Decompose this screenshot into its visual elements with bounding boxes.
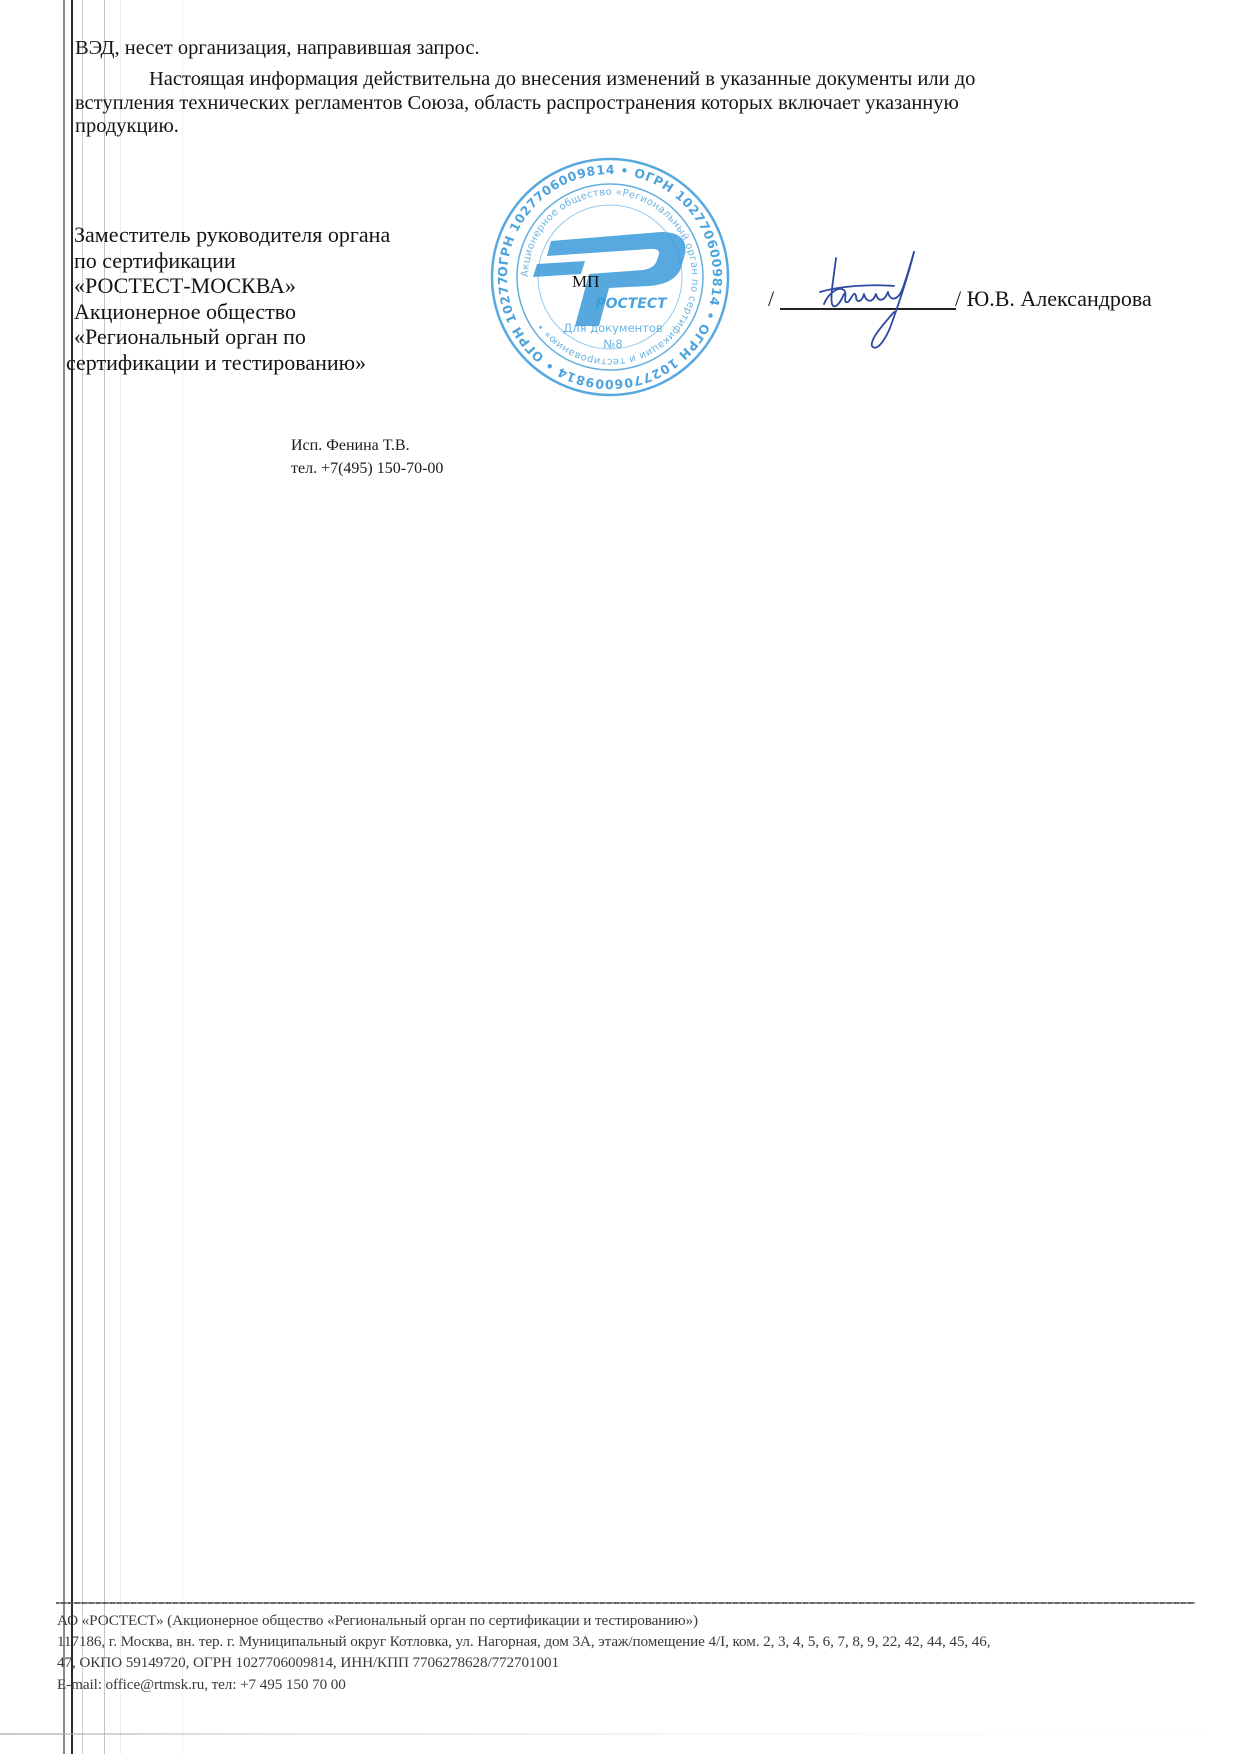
scan-line — [71, 0, 73, 1754]
stamp-brand: РОСТЕСТ — [595, 296, 668, 312]
footer-line: АО «РОСТЕСТ» (Акционерное общество «Реги… — [57, 1610, 698, 1632]
body-line: Настоящая информация действительна до вн… — [149, 67, 975, 91]
footer-line: 47, ОКПО 59149720, ОГРН 1027706009814, И… — [57, 1652, 559, 1674]
executor-phone: тел. +7(495) 150-70-00 — [291, 457, 443, 480]
company-stamp: ОГРН 1027706009814 • ОГРН 1027706009814 … — [489, 156, 731, 398]
body-line: вступления технических регламентов Союза… — [75, 91, 959, 115]
scan-shadow — [0, 1733, 1240, 1735]
signatory-line: «РОСТЕСТ-МОСКВА» — [74, 273, 296, 299]
executor-name: Исп. Фенина Т.В. — [291, 434, 410, 457]
scan-line — [63, 0, 65, 1754]
stamp-number: №8 — [603, 337, 622, 351]
signatory-line: Акционерное общество — [74, 299, 296, 325]
footer-line: 117186, г. Москва, вн. тер. г. Муниципал… — [57, 1631, 990, 1653]
stamp-purpose: Для документов — [563, 321, 663, 335]
signature-slash: / — [768, 286, 774, 312]
signatory-line: сертификации и тестированию» — [66, 350, 366, 376]
body-line: ВЭД, несет организация, направившая запр… — [75, 36, 480, 60]
signatory-line: по сертификации — [74, 248, 236, 274]
footer-line: E-mail: office@rtmsk.ru, тел: +7 495 150… — [57, 1674, 346, 1696]
body-line: продукцию. — [75, 114, 179, 138]
signatory-line: «Региональный орган по — [74, 324, 306, 350]
handwritten-signature — [810, 246, 940, 356]
footer-divider — [56, 1602, 1195, 1604]
signatory-line: Заместитель руководителя органа — [74, 222, 390, 248]
seal-label: МП — [572, 272, 599, 292]
signatory-name: / Ю.В. Александрова — [955, 286, 1152, 312]
